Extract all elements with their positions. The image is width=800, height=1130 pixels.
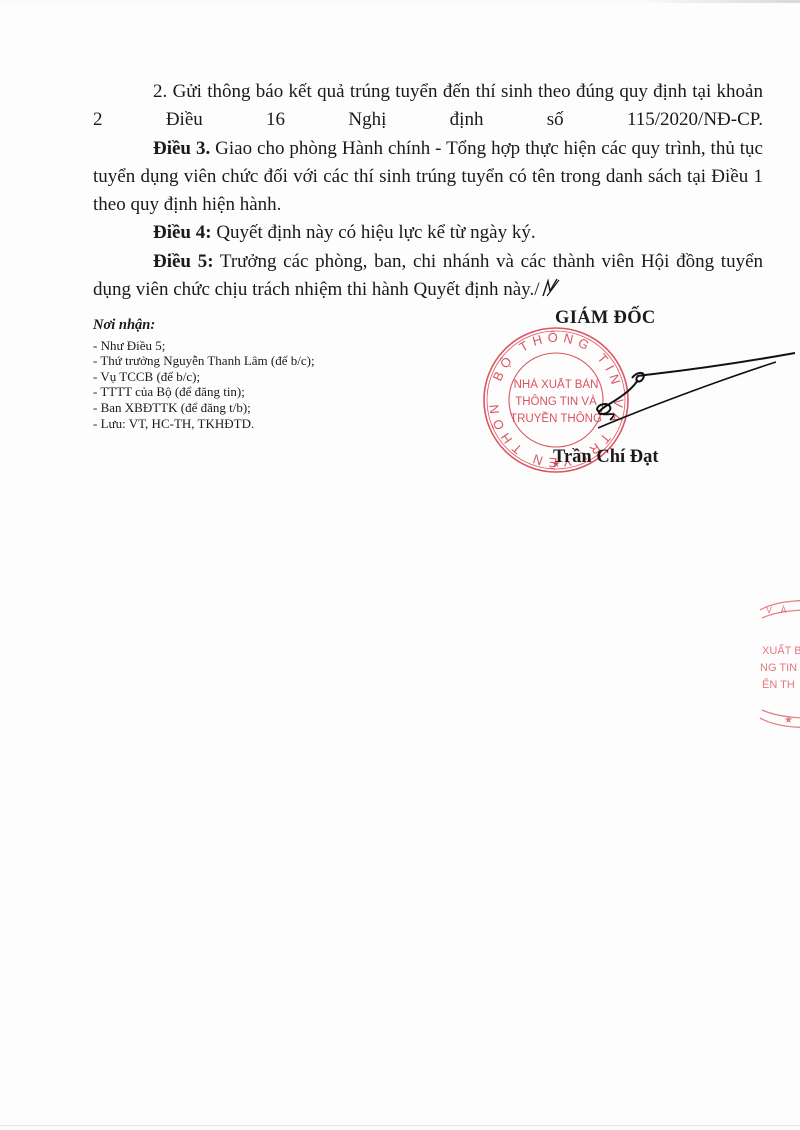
svg-text:XUẤT B: XUẤT B xyxy=(762,644,800,657)
recipients-block: Nơi nhận: - Như Điều 5; - Thứ trưởng Ngu… xyxy=(93,318,423,431)
svg-text:NG TIN: NG TIN xyxy=(760,662,797,674)
recipients-list: - Như Điều 5; - Thứ trưởng Nguyễn Thanh … xyxy=(93,338,423,432)
initials-mark-icon xyxy=(540,277,562,297)
article-text: Quyết định này có hiệu lực kể từ ngày ký… xyxy=(212,222,536,243)
article-5: Điều 5: Trưởng các phòng, ban, chi nhánh… xyxy=(93,248,763,305)
paragraph-item-2: 2. Gửi thông báo kết quả trúng tuyển đến… xyxy=(93,78,763,135)
article-label: Điều 3. xyxy=(153,138,210,159)
recipient-item: - Ban XBĐTTK (để đăng t/b); xyxy=(93,400,423,416)
recipient-item: - Như Điều 5; xyxy=(93,338,423,354)
partial-seal-bleed-icon: V À XUẤT B NG TIN ỂN TH ★ xyxy=(758,596,800,736)
document-page: 2. Gửi thông báo kết quả trúng tuyển đến… xyxy=(0,0,800,1130)
handwritten-signature xyxy=(580,340,800,450)
recipients-heading: Nơi nhận: xyxy=(93,318,423,334)
recipient-item: - Vụ TCCB (để b/c); xyxy=(93,369,423,385)
article-4: Điều 4: Quyết định này có hiệu lực kể từ… xyxy=(93,219,763,247)
recipient-item: - TTTT của Bộ (để đăng tin); xyxy=(93,384,423,400)
paragraph-text: 2. Gửi thông báo kết quả trúng tuyển đến… xyxy=(93,81,763,130)
decision-body: 2. Gửi thông báo kết quả trúng tuyển đến… xyxy=(93,78,763,304)
svg-text:★: ★ xyxy=(784,715,793,726)
signer-name: Trần Chí Đạt xyxy=(553,447,659,468)
recipient-item: - Lưu: VT, HC-TH, TKHĐTD. xyxy=(93,416,423,432)
scan-edge-top xyxy=(0,0,800,3)
article-3: Điều 3. Giao cho phòng Hành chính - Tổng… xyxy=(93,135,763,220)
article-label: Điều 5: xyxy=(153,251,214,272)
recipient-item: - Thứ trưởng Nguyễn Thanh Lâm (để b/c); xyxy=(93,353,423,369)
svg-text:V À: V À xyxy=(766,605,790,615)
svg-text:ỂN TH: ỂN TH xyxy=(762,678,795,691)
scan-edge-bottom xyxy=(0,1125,800,1126)
article-label: Điều 4: xyxy=(153,222,212,243)
